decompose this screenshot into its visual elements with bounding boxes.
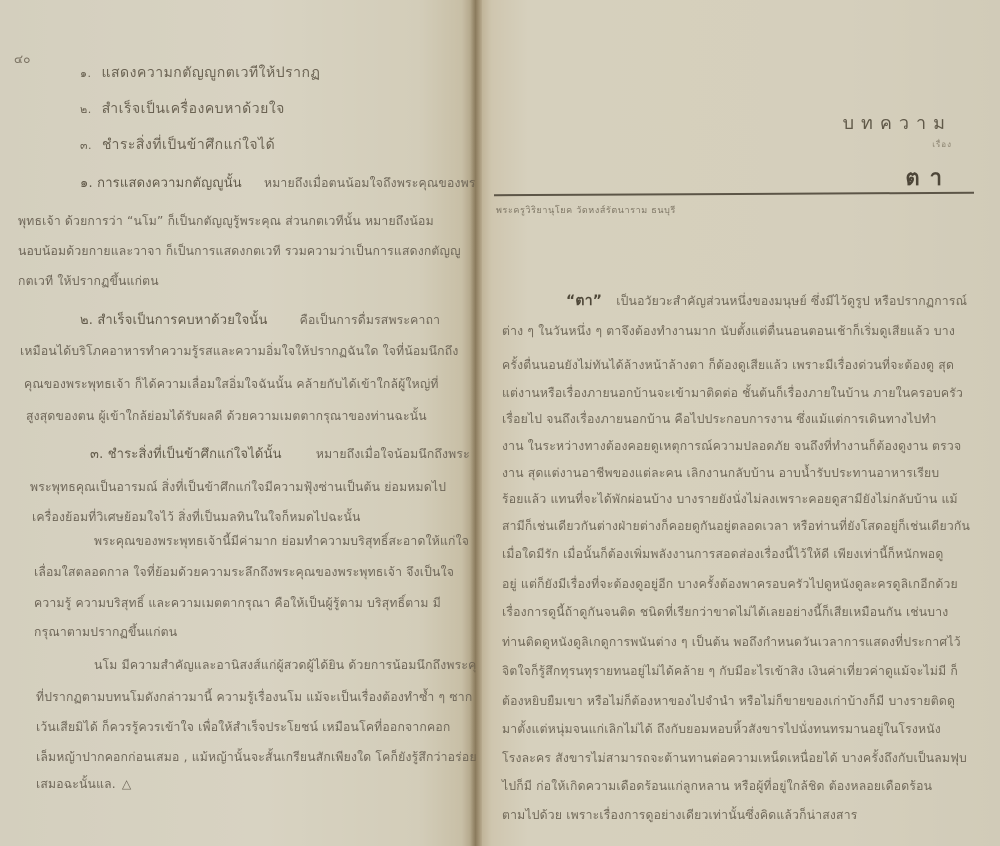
title-divider <box>494 192 974 197</box>
body-line: ตามไปด้วย เพราะเรื่องการดูอย่างเดียวเท่า… <box>502 806 858 825</box>
body-line: คุณของพระพุทธเจ้า ก็ได้ความเลื่อมใสอิ่มใ… <box>24 375 439 394</box>
body-line: เรื่อยไป จนถึงเรื่องภายนอกบ้าน คือไปประก… <box>502 410 937 429</box>
body-line: ร้อยแล้ว แทนที่จะได้พักผ่อนบ้าง บางรายยั… <box>502 490 958 509</box>
body-line: พุทธเจ้า ด้วยการว่า “นโม” ก็เป็นกตัญญูรู… <box>18 212 434 231</box>
section-3-heading: ๓. ชำระสิ่งที่เป็นข้าศึกแก่ใจได้นั้น <box>90 447 282 462</box>
list-text: แสดงความกตัญญูกตเวทีให้ปรากฏ <box>101 65 320 81</box>
opening-word: “ตา” <box>566 293 602 309</box>
body-line: นอบน้อมด้วยกายและวาจา ก็เป็นการแสดงกตเวท… <box>18 242 461 261</box>
body-line: มาตั้งแต่หนุ่มจนแก่เลิกไม่ได้ ถึงกับยอมห… <box>502 720 941 739</box>
body-line: เหมือนได้บริโภคอาหารทำความรู้รสและความอิ… <box>20 342 459 361</box>
body-line: แต่งานหรือเรื่องภายนอกบ้านจะเข้ามาติดต่อ… <box>502 384 963 403</box>
list-item-2: ๒.สำเร็จเป็นเครื่องคบหาด้วยใจ <box>80 98 285 120</box>
body-line: เมื่อใดมีรัก เมื่อนั้นก็ต้องเพิ่มพลังงาน… <box>502 545 943 564</box>
body-text: หมายถึงเมื่อใจน้อมนึกถึงพระ <box>316 447 470 461</box>
book-gutter <box>470 0 482 846</box>
body-line: ครั้งตื่นนอนยังไม่ทันได้ล้างหน้าล้างตา ก… <box>502 356 954 375</box>
body-line: พระพุทธคุณเป็นอารมณ์ สิ่งที่เป็นข้าศึกแก… <box>30 478 446 497</box>
body-line: กรุณาตามปรากฏขึ้นแก่ตน <box>34 623 177 642</box>
list-number: ๒. <box>80 100 92 118</box>
body-line: งาน สุดแต่งานอาชีพของแต่ละคน เลิกงานกลับ… <box>502 464 939 483</box>
body-line-last: เสมอฉะนั้นแล.△ <box>36 775 131 794</box>
list-text: ชำระสิ่งที่เป็นข้าศึกแก่ใจได้ <box>102 137 275 153</box>
subtitle-label: เรื่อง <box>932 138 952 151</box>
body-line: งาน ในระหว่างทางต้องคอยดูเหตุการณ์ความปล… <box>502 437 961 456</box>
body-line: สูงสุดของตน ผู้เข้าใกล้ย่อมได้รับผลดี ด้… <box>26 407 427 426</box>
body-line: ไปก็มี ก่อให้เกิดความเดือดร้อนแก่ลูกหลาน… <box>502 777 932 796</box>
section-1-heading: ๑. การแสดงความกตัญญูนั้น <box>80 176 242 191</box>
body-line: เล็มหญ้าปากคอกก่อนเสมอ , แม้หญ้านั้นจะสั… <box>36 748 476 767</box>
body-text: เสมอฉะนั้นแล. <box>36 777 116 791</box>
body-line: กตเวที ให้ปรากฏขึ้นแก่ตน <box>18 272 159 291</box>
section-3-first-line: ๓. ชำระสิ่งที่เป็นข้าศึกแก่ใจได้นั้น หมา… <box>90 443 470 464</box>
body-line: เครื่องย้อมที่วิเศษย้อมใจไว้ สิ่งที่เป็น… <box>32 508 361 527</box>
body-line: ที่ปรากฏตามบทนโมดังกล่าวมานี้ ความรู้เรื… <box>36 688 472 707</box>
body-line: พระคุณของพระพุทธเจ้านี้มีค่ามาก ย่อมทำคว… <box>94 532 469 551</box>
body-line: สามีก็เช่นเดียวกันต่างฝ่ายต่างก็คอยดูกัน… <box>502 517 970 536</box>
section-2-first-line: ๒. สำเร็จเป็นการคบหาด้วยใจนั้น คือเป็นกา… <box>80 309 440 330</box>
right-page: บทความ เรื่อง ตา พระครูวิริยานุโยค วัดหง… <box>476 0 1000 846</box>
end-triangle-icon: △ <box>122 777 132 791</box>
body-line: ต้องหยิบยืมเขา หรือไม่ก็ต้องหาของไปจำนำ … <box>502 692 955 711</box>
body-text: เป็นอวัยวะสำคัญส่วนหนึ่งของมนุษย์ ซึ่งมี… <box>616 294 967 308</box>
body-line: เลื่อมใสตลอดกาล ใจที่ย้อมด้วยความระลึกถึ… <box>34 563 454 582</box>
body-line: เว้นเสียมิได้ ก็ควรรู้ควรเข้าใจ เพื่อให้… <box>36 718 450 737</box>
body-text: คือเป็นการดื่มรสพระคาถา <box>300 313 441 327</box>
body-line: จิตใจก็รู้สึกทุรนทุรายทนอยู่ไม่ได้คล้าย … <box>502 662 958 681</box>
page-number: ๔๐ <box>14 50 30 69</box>
list-item-1: ๑.แสดงความกตัญญูกตเวทีให้ปรากฏ <box>80 62 320 84</box>
body-text: หมายถึงเมื่อตนน้อมใจถึงพระคุณของพระ <box>264 176 476 190</box>
body-first-line: “ตา” เป็นอวัยวะสำคัญส่วนหนึ่งของมนุษย์ ซ… <box>566 290 967 312</box>
list-text: สำเร็จเป็นเครื่องคบหาด้วยใจ <box>102 101 285 117</box>
section-title: บทความ <box>843 108 952 137</box>
body-line: โรงละคร สังขารไม่สามารถจะต้านทานต่อความเ… <box>502 749 967 768</box>
author-byline: พระครูวิริยานุโยค วัดหงส์รัตนาราม ธนบุรี <box>496 203 676 217</box>
left-page: ๔๐ ๑.แสดงความกตัญญูกตเวทีให้ปรากฏ ๒.สำเร… <box>0 0 476 846</box>
list-number: ๑. <box>80 64 91 82</box>
section-1-first-line: ๑. การแสดงความกตัญญูนั้น หมายถึงเมื่อตนน… <box>80 172 476 193</box>
article-title: ตา <box>905 160 952 195</box>
list-item-3: ๓.ชำระสิ่งที่เป็นข้าศึกแก่ใจได้ <box>80 134 275 156</box>
body-line: ความรู้ ความบริสุทธิ์ และความเมตตากรุณา … <box>34 594 441 613</box>
list-number: ๓. <box>80 136 92 154</box>
body-line: นโม มีความสำคัญและอานิสงส์แก่ผู้สวดผู้ได… <box>94 656 476 675</box>
body-line: ต่าง ๆ ในวันหนึ่ง ๆ ตาจึงต้องทำงานมาก นั… <box>502 322 955 341</box>
body-line: ท่านติดดูหนังดูลิเกดูการพนันต่าง ๆ เป็นต… <box>502 633 961 652</box>
section-2-heading: ๒. สำเร็จเป็นการคบหาด้วยใจนั้น <box>80 313 268 328</box>
body-line: เรื่องการดูนี้ถ้าดูกันจนติด ชนิดที่เรียก… <box>502 603 948 622</box>
body-line: อยู่ แต่ก็ยังมีเรื่องที่จะต้องดูอยู่อีก … <box>502 575 958 594</box>
